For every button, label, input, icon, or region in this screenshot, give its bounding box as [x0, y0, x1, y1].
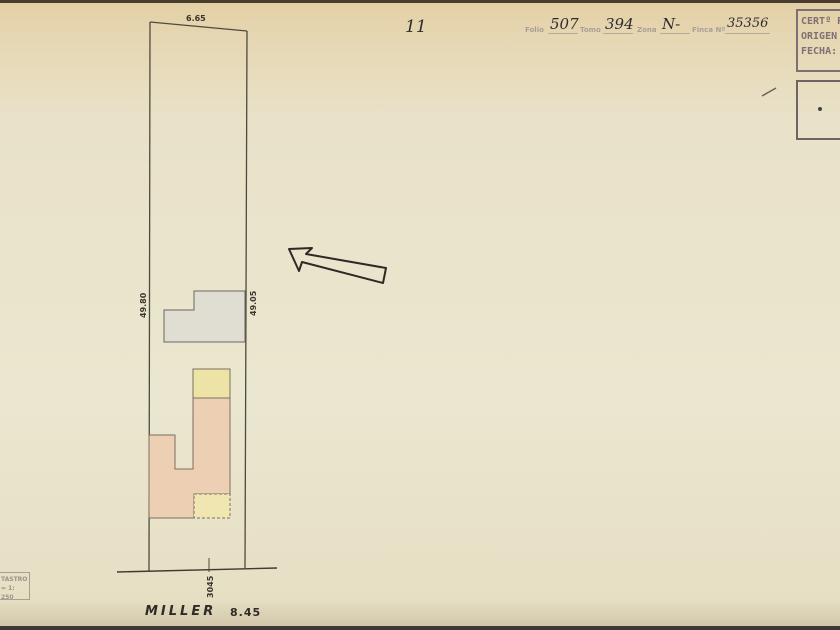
folio-underline: [548, 33, 578, 34]
main-building: [149, 369, 230, 518]
yellow-annex-bottom: [194, 494, 230, 518]
arrow-icon: [289, 248, 386, 283]
right-depth-label: 49.05: [249, 290, 258, 316]
top-width-label: 6.65: [186, 14, 206, 23]
street-name: MILLER: [145, 604, 216, 619]
stamp-dot: [818, 107, 822, 111]
finca-value: 35356: [727, 16, 768, 31]
pencil-mark: [762, 88, 776, 96]
scan-bottom-edge: [0, 626, 840, 630]
secondary-stamp-box: [796, 80, 840, 140]
rear-building: [164, 291, 245, 342]
zona-underline: [660, 33, 690, 34]
zona-label: Zona: [637, 26, 657, 34]
finca-label: Finca Nº: [692, 26, 725, 34]
yellow-annex-top: [193, 369, 230, 398]
tomo-label: Tomo: [580, 26, 601, 34]
catastro-scale: = 1: 250: [1, 584, 27, 602]
house-number-label: 3045: [206, 575, 215, 598]
stamp-line-origen: ORIGEN: [801, 29, 840, 44]
zona-value: N-: [662, 15, 680, 33]
sheet-number: 11: [405, 17, 427, 37]
left-depth-label: 49.80: [139, 292, 148, 318]
lot-plan-drawing: 6.65 49.80 49.05 3045: [0, 0, 840, 630]
certificate-stamp: CERTº PA ORIGEN FECHA:: [796, 9, 840, 72]
document-sheet: 6.65 49.80 49.05 3045 11 Folio 507 Tomo …: [0, 0, 840, 630]
street-front-width: 8.45: [230, 606, 261, 619]
stamp-line-cert: CERTº PA: [801, 14, 840, 29]
folio-label: Folio: [525, 26, 544, 34]
catastro-stamp: TASTRO = 1: 250: [0, 572, 30, 600]
finca-underline: [725, 33, 770, 34]
tomo-value: 394: [605, 15, 634, 33]
catastro-line-1: TASTRO: [1, 575, 27, 584]
tomo-underline: [603, 33, 633, 34]
folio-value: 507: [550, 15, 579, 33]
stamp-line-fecha: FECHA:: [801, 44, 840, 59]
